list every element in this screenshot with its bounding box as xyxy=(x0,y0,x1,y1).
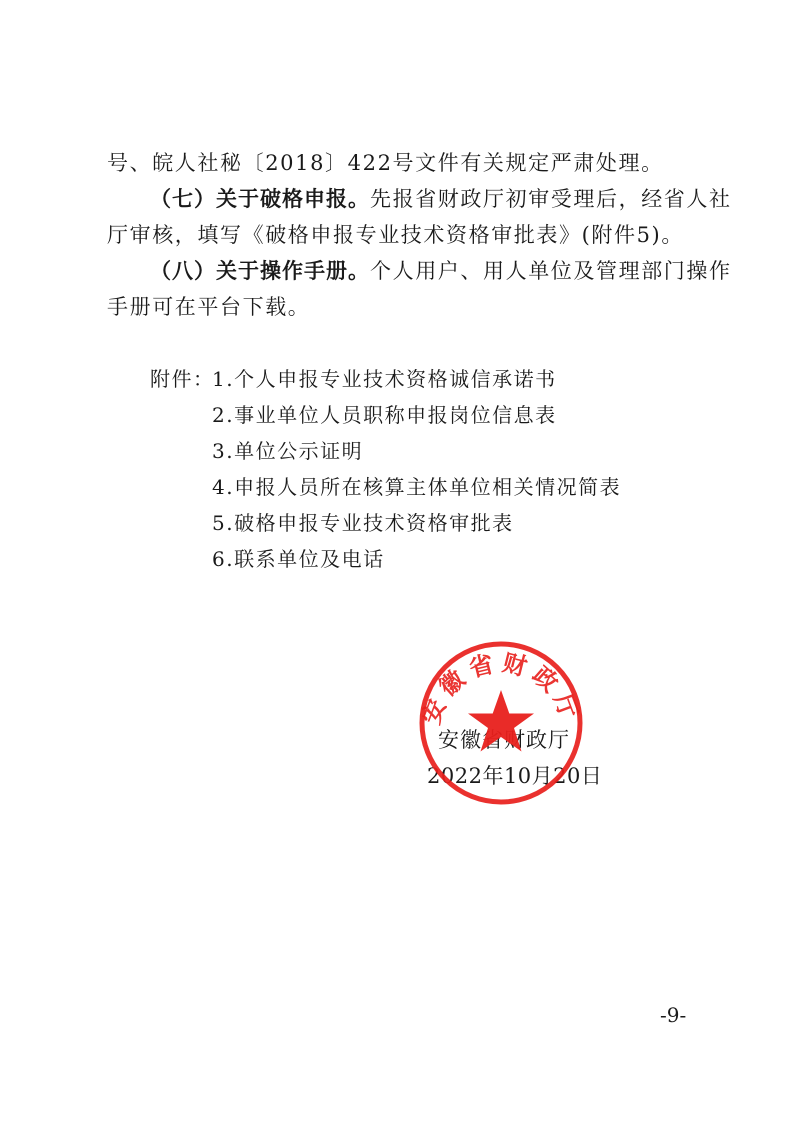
attachment-item: 4.申报人员所在核算主体单位相关情况简表 xyxy=(212,469,621,505)
paragraph-8-line-2: 手册可在平台下载。 xyxy=(107,289,310,325)
paragraph-8-heading: （八）关于操作手册。 xyxy=(150,259,370,283)
paragraph-7-text: 先报省财政厅初审受理后，经省人社 xyxy=(370,187,732,211)
attachment-item: 5.破格申报专业技术资格审批表 xyxy=(212,505,514,541)
attachments-label: 附件： xyxy=(150,361,215,397)
star-icon xyxy=(468,690,534,752)
attachment-item: 6.联系单位及电话 xyxy=(212,541,385,577)
paragraph-8-line-1: （八）关于操作手册。个人用户、用人单位及管理部门操作 xyxy=(150,253,732,289)
paragraph-7-line-2: 厅审核，填写《破格申报专业技术资格审批表》(附件5)。 xyxy=(107,217,684,253)
attachment-item: 3.单位公示证明 xyxy=(212,433,363,469)
attachment-item: 2.事业单位人员职称申报岗位信息表 xyxy=(212,397,557,433)
page-number: -9- xyxy=(660,1000,686,1030)
official-seal: 安徽省财政厅 xyxy=(418,640,584,806)
paragraph-line: 号、皖人社秘〔2018〕422号文件有关规定严肃处理。 xyxy=(107,145,664,181)
paragraph-7-line-1: （七）关于破格申报。先报省财政厅初审受理后，经省人社 xyxy=(150,181,732,217)
paragraph-7-heading: （七）关于破格申报。 xyxy=(150,187,370,211)
attachment-item: 1.个人申报专业技术资格诚信承诺书 xyxy=(212,361,557,397)
paragraph-8-text: 个人用户、用人单位及管理部门操作 xyxy=(370,259,732,283)
